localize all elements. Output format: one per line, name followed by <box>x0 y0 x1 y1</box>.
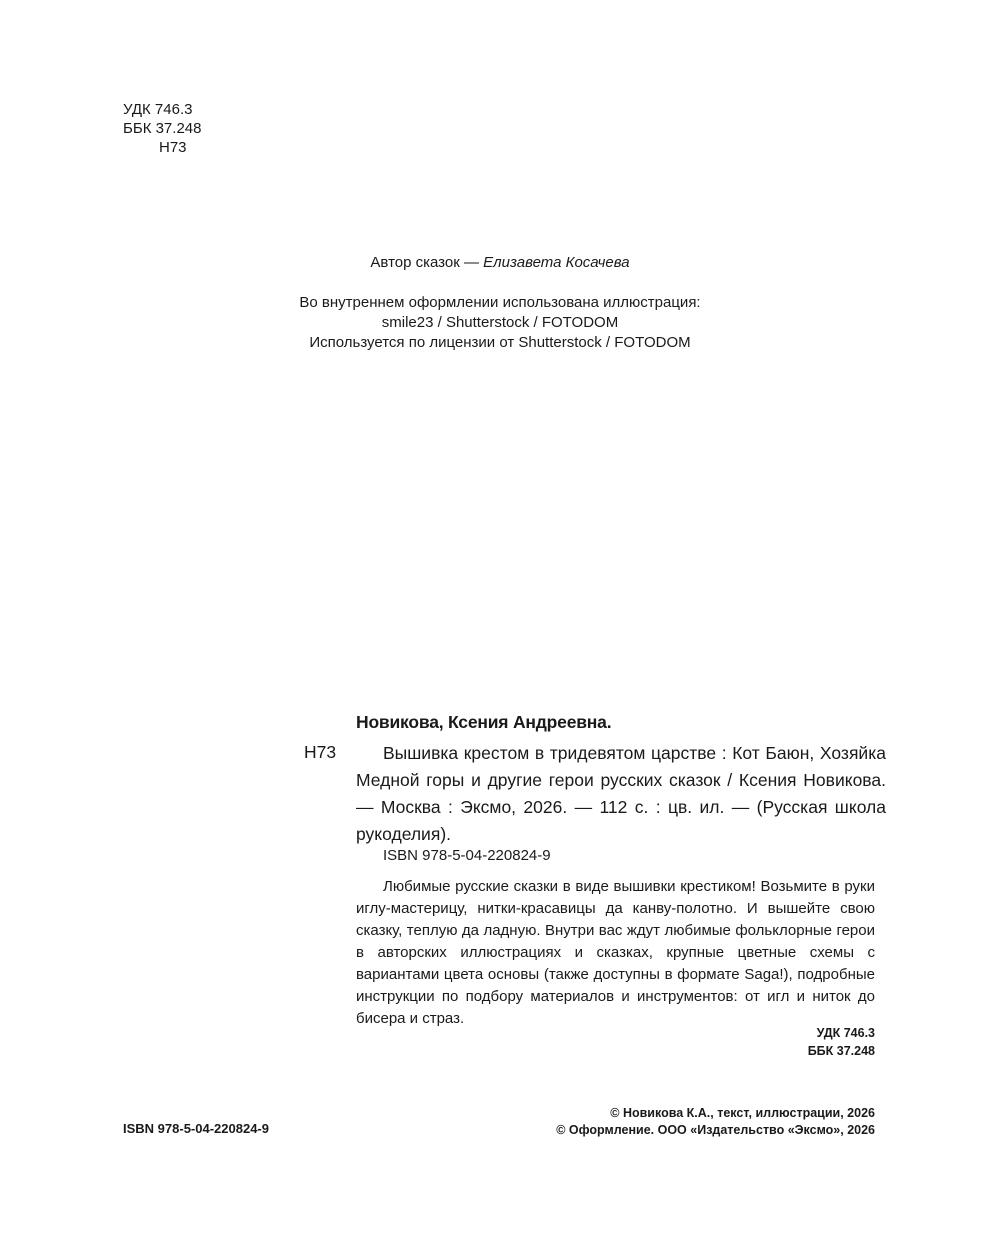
illustration-line: Во внутреннем оформлении использована ил… <box>0 293 1000 313</box>
bib-description: Вышивка крестом в тридевятом царстве : К… <box>356 740 886 848</box>
classification-top: УДК 746.3 ББК 37.248 Н73 <box>123 100 201 157</box>
copyright-line: © Оформление. ООО «Издательство «Эксмо»,… <box>400 1122 875 1139</box>
udk-code: УДК 746.3 <box>700 1024 875 1042</box>
author-credit: Автор сказок — Елизавета Косачева <box>0 253 1000 273</box>
author-sign: Н73 <box>123 138 201 157</box>
illustration-line: Используется по лицензии от Shutterstock… <box>0 333 1000 353</box>
classification-bottom: УДК 746.3 ББК 37.248 <box>700 1024 875 1060</box>
udk-code: УДК 746.3 <box>123 100 201 119</box>
illustration-credit: Во внутреннем оформлении использована ил… <box>0 293 1000 353</box>
author-credit-name: Елизавета Косачева <box>483 254 629 271</box>
illustration-line: smile23 / Shutterstock / FOTODOM <box>0 313 1000 333</box>
copyright-line: © Новикова К.А., текст, иллюстрации, 202… <box>400 1105 875 1122</box>
bib-author-sign: Н73 <box>304 742 336 763</box>
bib-author-heading: Новикова, Ксения Андреевна. <box>356 712 611 733</box>
annotation: Любимые русские сказки в виде вышивки кр… <box>356 876 875 1030</box>
footer-isbn: ISBN 978-5-04-220824-9 <box>123 1121 269 1136</box>
bbk-code: ББК 37.248 <box>700 1042 875 1060</box>
bib-isbn: ISBN 978-5-04-220824-9 <box>383 847 551 864</box>
author-credit-prefix: Автор сказок — <box>370 254 483 271</box>
bbk-code: ББК 37.248 <box>123 119 201 138</box>
copyright-block: © Новикова К.А., текст, иллюстрации, 202… <box>400 1105 875 1139</box>
